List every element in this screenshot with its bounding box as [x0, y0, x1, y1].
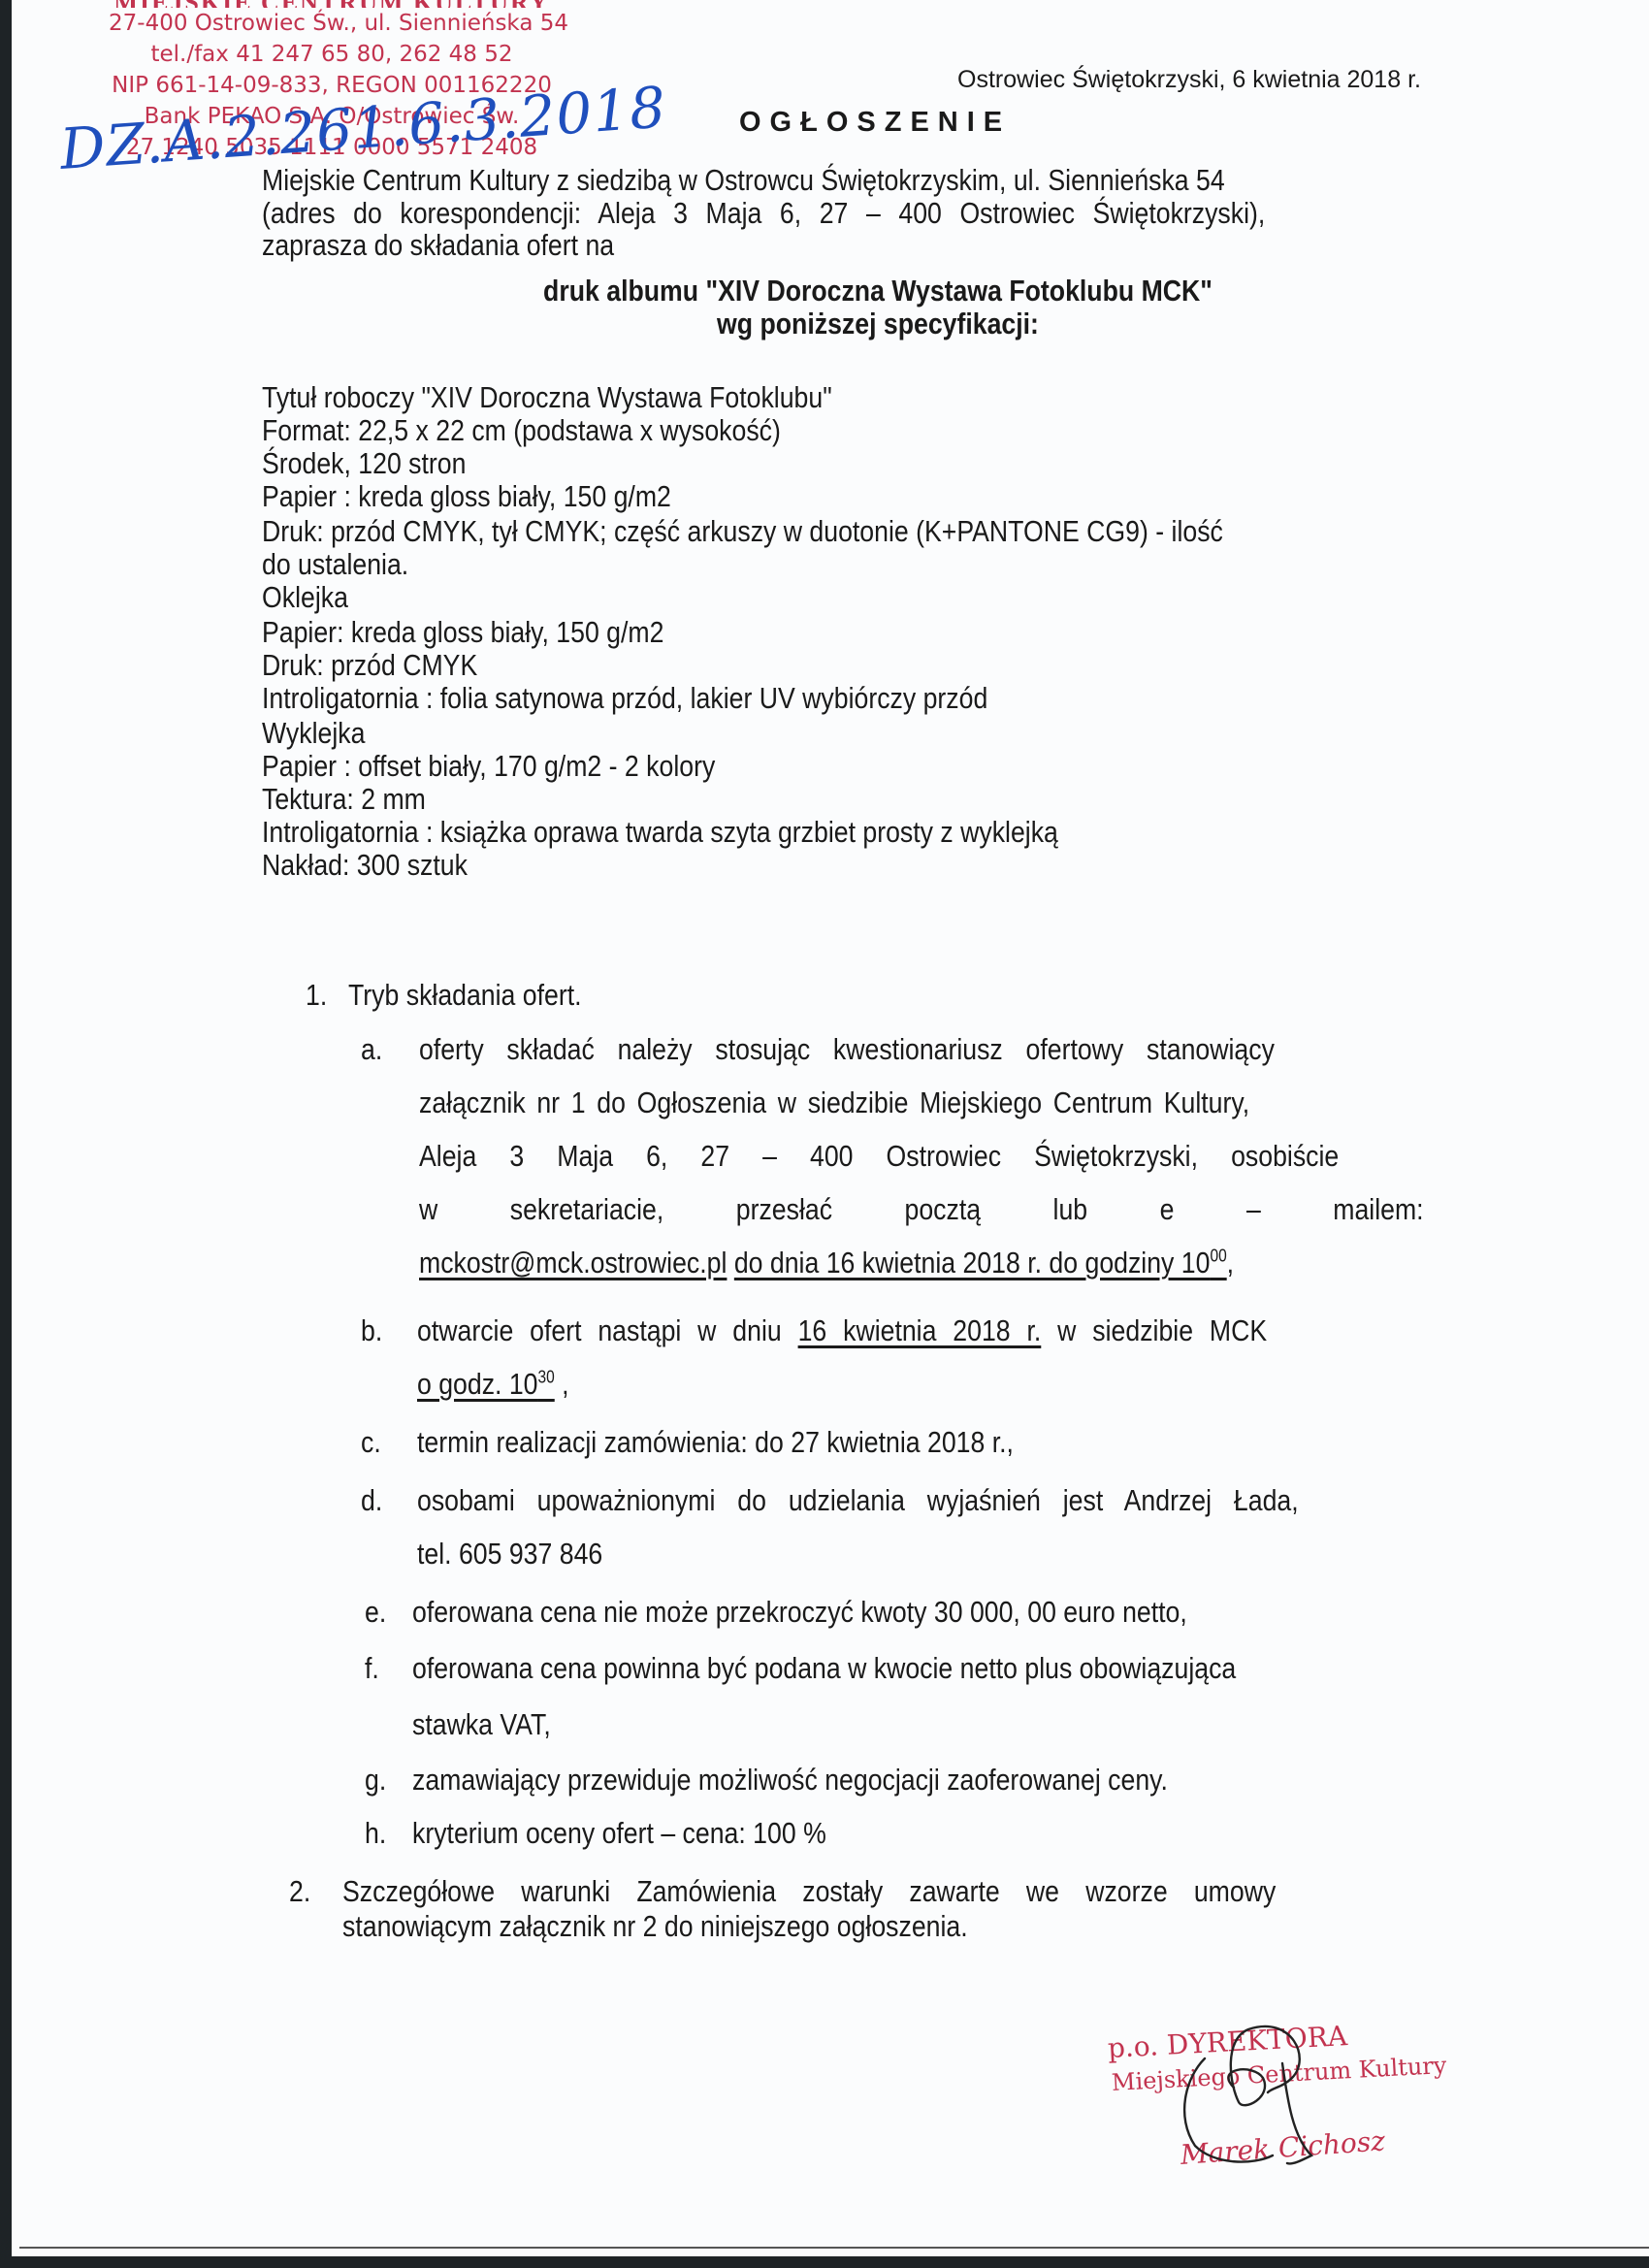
- opening-time-text: o godz. 10: [417, 1367, 538, 1401]
- spec-line: do ustalenia.: [262, 547, 408, 582]
- item-a-text: oferty składać należy stosując kwestiona…: [419, 1032, 1275, 1067]
- item-c-text: termin realizacji zamówienia: do 27 kwie…: [417, 1425, 1014, 1460]
- intro-line-1: Miejskie Centrum Kultury z siedzibą w Os…: [262, 163, 1225, 198]
- stamp-phone: tel./fax 41 247 65 80, 262 48 52: [109, 39, 555, 70]
- item-a-line-5: mckostr@mck.ostrowiec.pl do dnia 16 kwie…: [419, 1246, 1367, 1280]
- item-b-line-2-text: o godz. 1030 ,: [417, 1367, 569, 1402]
- item-c-label: c.: [361, 1425, 381, 1460]
- signature-scribble-icon: [1166, 2020, 1360, 2175]
- subject-title: druk albumu "XIV Doroczna Wystawa Fotokl…: [348, 274, 1407, 308]
- item-e-text: oferowana cena nie może przekroczyć kwot…: [412, 1595, 1187, 1630]
- submission-deadline: do dnia 16 kwietnia 2018 r. do godziny 1…: [734, 1246, 1227, 1280]
- item-h-text: kryterium oceny ofert – cena: 100 %: [412, 1816, 826, 1851]
- intro-line-2-text: (adres do korespondencji: Aleja 3 Maja 6…: [262, 196, 1494, 231]
- item-b-text-after: w siedzibie MCK: [1057, 1313, 1267, 1347]
- opening-time: o godz. 1030: [417, 1367, 555, 1401]
- section-2-line-1-text: Szczegółowe warunki Zamówienia zostały z…: [342, 1874, 1276, 1909]
- item-d-line-2: tel. 605 937 846: [417, 1537, 602, 1571]
- spec-line: Papier : offset biały, 170 g/m2 - 2 kolo…: [262, 749, 715, 784]
- section-2-number: 2.: [289, 1874, 310, 1909]
- item-b-line-1: otwarcie ofert nastąpi w dniu 16 kwietni…: [417, 1313, 1406, 1348]
- item-f-line-1: oferowana cena powinna być podana w kwoc…: [412, 1651, 1236, 1686]
- item-d-line-1: osobami upoważnionymi do udzielania wyja…: [417, 1483, 1442, 1518]
- item-h-label: h.: [365, 1816, 386, 1851]
- section-2-line-1: Szczegółowe warunki Zamówienia zostały z…: [342, 1874, 1428, 1909]
- spec-line: Introligatornia : książka oprawa twarda …: [262, 815, 1058, 850]
- section-1-title: Tryb składania ofert.: [348, 978, 582, 1013]
- item-a-line-4: w sekretariacie, przesłać pocztą lub e –…: [419, 1192, 1587, 1227]
- section-2-line-2: stanowiącym załącznik nr 2 do niniejszeg…: [342, 1909, 968, 1944]
- spec-line: Nakład: 300 sztuk: [262, 848, 468, 883]
- deadline-text: do dnia 16 kwietnia 2018 r. do godziny 1…: [734, 1246, 1211, 1280]
- intro-line-2-content: (adres do korespondencji: Aleja 3 Maja 6…: [262, 196, 1265, 231]
- item-a-line-1-text: oferty składać należy stosując kwestiona…: [419, 1032, 1476, 1067]
- spec-line: Introligatornia : folia satynowa przód, …: [262, 681, 987, 716]
- spec-line: Wyklejka: [262, 716, 365, 751]
- email-link[interactable]: mckostr@mck.ostrowiec.pl: [419, 1246, 727, 1280]
- spec-line: Papier : kreda gloss biały, 150 g/m2: [262, 479, 671, 514]
- spec-line: Papier: kreda gloss biały, 150 g/m2: [262, 615, 663, 650]
- spec-line: Format: 22,5 x 22 cm (podstawa x wysokoś…: [262, 413, 781, 448]
- item-a-label: a.: [361, 1032, 382, 1067]
- item-b-label: b.: [361, 1313, 382, 1348]
- trailing-comma: ,: [1227, 1246, 1234, 1280]
- opening-time-minutes: 30: [538, 1368, 555, 1387]
- opening-date: 16 kwietnia 2018 r.: [798, 1313, 1042, 1347]
- subject-subtitle: wg poniższej specyfikacji:: [348, 307, 1407, 341]
- spec-line: Tytuł roboczy "XIV Doroczna Wystawa Foto…: [262, 380, 832, 415]
- document-heading: OGŁOSZENIE: [739, 107, 1011, 139]
- scanned-document-page: MIEJSKIE CENTRUM KULTURY 27-400 Ostrowie…: [12, 0, 1649, 2256]
- item-d-label: d.: [361, 1483, 382, 1518]
- deadline-minutes: 00: [1210, 1247, 1226, 1266]
- stamp-title: MIEJSKIE CENTRUM KULTURY: [109, 0, 555, 8]
- trailing-comma: ,: [555, 1367, 569, 1401]
- item-d-line-1-text: osobami upoważnionymi do udzielania wyja…: [417, 1483, 1299, 1518]
- item-b-line-2: o godz. 1030 ,: [417, 1367, 594, 1402]
- item-f-line-2: stawka VAT,: [412, 1707, 551, 1742]
- item-g-text: zamawiający przewiduje możliwość negocja…: [412, 1763, 1168, 1798]
- section-1-number: 1.: [306, 978, 327, 1013]
- item-a-line-5-text: mckostr@mck.ostrowiec.pl do dnia 16 kwie…: [419, 1246, 1234, 1280]
- intro-line-2: (adres do korespondencji: Aleja 3 Maja 6…: [262, 196, 1494, 231]
- document-date: Ostrowiec Świętokrzyski, 6 kwietnia 2018…: [957, 66, 1421, 94]
- item-b-line-1-text: otwarcie ofert nastąpi w dniu 16 kwietni…: [417, 1313, 1267, 1348]
- intro-line-3: zaprasza do składania ofert na: [262, 228, 614, 263]
- item-a-line-4-text: w sekretariacie, przesłać pocztą lub e –…: [419, 1192, 1424, 1227]
- item-a-line-1: oferty składać należy stosując kwestiona…: [419, 1032, 1476, 1067]
- item-a-line-2: załącznik nr 1 do Ogłoszenia w siedzibie…: [419, 1085, 1385, 1120]
- item-g-label: g.: [365, 1763, 386, 1798]
- spec-line: Druk: przód CMYK: [262, 648, 477, 683]
- item-e-label: e.: [365, 1595, 386, 1630]
- spec-line: Środek, 120 stron: [262, 446, 466, 481]
- stamp-address: 27-400 Ostrowiec Św., ul. Siennieńska 54: [109, 8, 555, 39]
- spec-line: Tektura: 2 mm: [262, 782, 426, 817]
- item-b-text-before: otwarcie ofert nastąpi w dniu: [417, 1313, 782, 1347]
- item-a-line-3-text: Aleja 3 Maja 6, 27 – 400 Ostrowiec Święt…: [419, 1139, 1339, 1174]
- spec-line: Druk: przód CMYK, tył CMYK; część arkusz…: [262, 514, 1223, 549]
- item-a-line-3: Aleja 3 Maja 6, 27 – 400 Ostrowiec Święt…: [419, 1139, 1489, 1174]
- item-f-label: f.: [365, 1651, 379, 1686]
- spec-line: Oklejka: [262, 580, 348, 615]
- item-a-line-2-text: załącznik nr 1 do Ogłoszenia w siedzibie…: [419, 1085, 1249, 1120]
